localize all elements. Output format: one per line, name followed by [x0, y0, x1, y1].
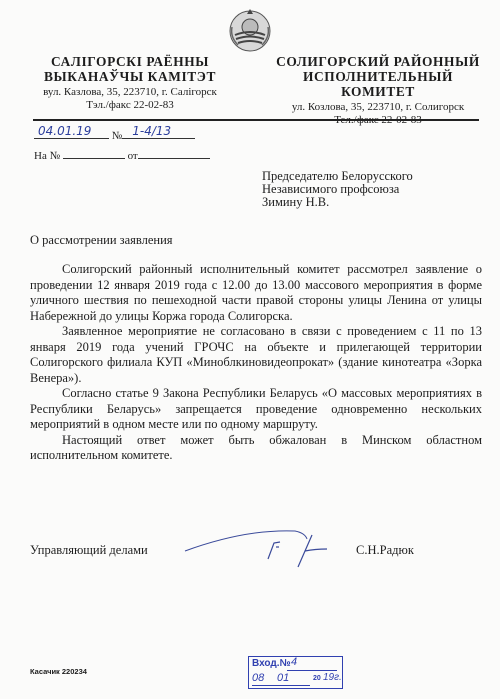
header-divider	[33, 119, 479, 121]
ref-number-field	[63, 146, 125, 159]
date-field: 04.01.19	[34, 126, 109, 139]
letter-body: Солигорский районный исполнительный коми…	[30, 262, 482, 464]
org-name-line2: ВЫКАНАЎЧЫ КАМІТЭТ	[30, 69, 230, 84]
addressee-line: Зимину Н.В.	[262, 196, 413, 209]
letter-page: САЛІГОРСКІ РАЁННЫ ВЫКАНАЎЧЫ КАМІТЭТ вул.…	[0, 0, 500, 699]
org-name-line1: СОЛИГОРСКИЙ РАЙОННЫЙ	[268, 54, 488, 69]
number-value: 1-4/13	[132, 124, 171, 138]
incoming-ref-line: На № от	[34, 146, 210, 163]
date-value: 04.01.19	[38, 124, 91, 138]
stamp-year: 19г.	[323, 672, 342, 683]
executor-info: Касачик 220234	[30, 667, 87, 676]
body-paragraph: Настоящий ответ может быть обжалован в М…	[30, 433, 482, 464]
stamp-underline	[252, 685, 310, 686]
body-paragraph: Согласно статье 9 Закона Республики Бела…	[30, 386, 482, 433]
org-address: вул. Казлова, 35, 223710, г. Салігорск	[30, 85, 230, 99]
subject-line: О рассмотрении заявления	[30, 233, 173, 248]
coat-of-arms-icon	[227, 5, 273, 55]
number-field: 1-4/13	[122, 126, 195, 139]
outgoing-reg-line: 04.01.19 № 1-4/13	[34, 126, 195, 143]
signatory-name: С.Н.Радюк	[356, 543, 414, 558]
ref-label: На №	[34, 150, 60, 162]
org-name-line1: САЛІГОРСКІ РАЁННЫ	[30, 54, 230, 69]
signatory-role: Управляющий делами	[30, 543, 148, 558]
stamp-label: Вход.№	[252, 658, 291, 669]
ref-date-field	[138, 146, 210, 159]
stamp-year-prefix: 20	[313, 675, 321, 682]
stamp-month: 01	[277, 672, 289, 684]
handwritten-signature-icon	[180, 529, 360, 569]
org-address: ул. Козлова, 35, 223710, г. Солигорск	[268, 100, 488, 114]
stamp-number: 4	[291, 656, 297, 668]
stamp-underline	[287, 670, 337, 671]
addressee-block: Председателю Белорусского Независимого п…	[262, 170, 413, 209]
body-paragraph: Солигорский районный исполнительный коми…	[30, 262, 482, 324]
org-name-line2: ИСПОЛНИТЕЛЬНЫЙ КОМИТЕТ	[268, 69, 488, 99]
header-russian: СОЛИГОРСКИЙ РАЙОННЫЙ ИСПОЛНИТЕЛЬНЫЙ КОМИ…	[268, 54, 488, 127]
stamp-day: 08	[252, 672, 264, 684]
from-label: от	[128, 150, 138, 162]
body-paragraph: Заявленное мероприятие не согласовано в …	[30, 324, 482, 386]
org-phone: Тэл./факс 22-02-83	[30, 99, 230, 112]
signature-row: Управляющий делами С.Н.Радюк	[30, 539, 482, 563]
number-label: №	[112, 130, 123, 142]
incoming-registration-stamp: Вход.№ 4 08 01 20 19г.	[248, 656, 343, 689]
header-belarusian: САЛІГОРСКІ РАЁННЫ ВЫКАНАЎЧЫ КАМІТЭТ вул.…	[30, 54, 230, 112]
